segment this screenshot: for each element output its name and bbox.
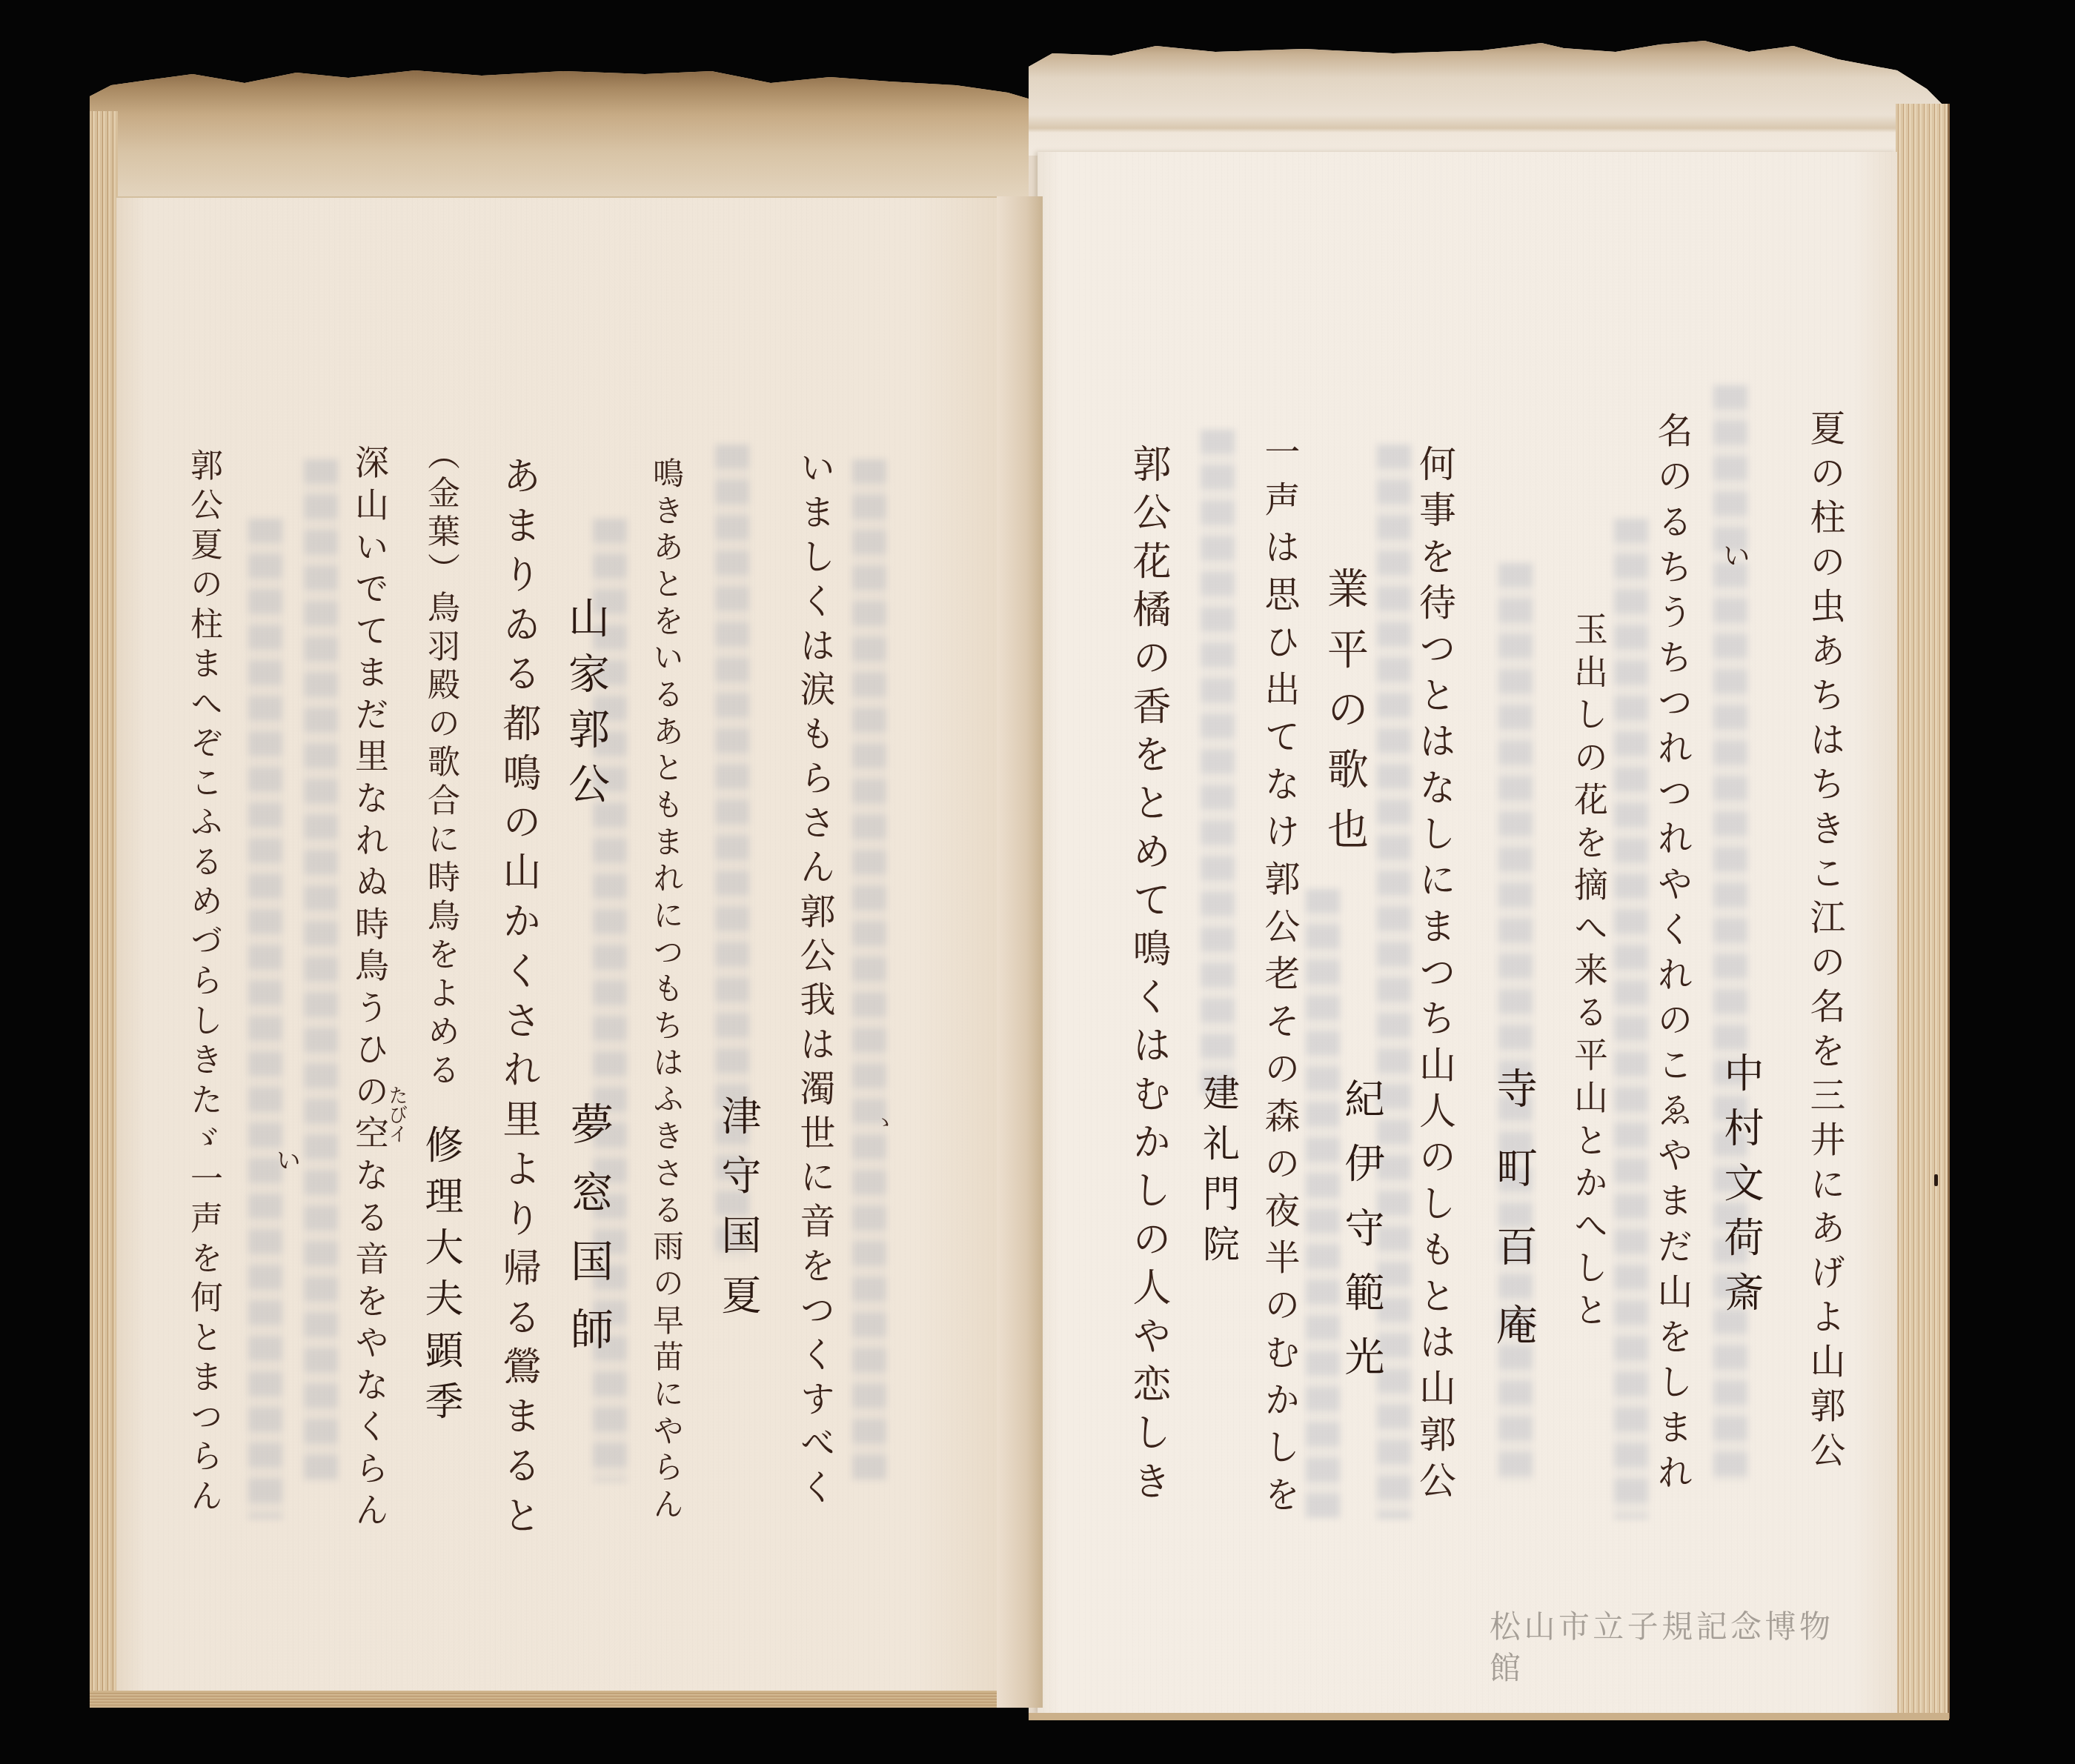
- right-page-top-band: [1029, 41, 1949, 156]
- left-page-bottom-edge: [90, 1691, 1046, 1707]
- bleed-through-ink: [304, 459, 338, 1482]
- author-name: 津守国夏: [712, 1095, 758, 1314]
- poem-column: 玉出しの花を摘へ来る平山とかへしと: [1566, 611, 1606, 1326]
- poem-column: 郭公花橘の香をとめて鳴くはむかしの人や恋しき: [1123, 444, 1167, 1500]
- poem-column: あまりゐる都鳴の山かくされ里より帰る鶯まると: [493, 456, 537, 1534]
- bleed-through-ink: [852, 459, 886, 1482]
- poem-column: 名のるちうちつれつれやくれのこゑやまだ山をしまれ: [1648, 412, 1690, 1489]
- poem-column: 夏の柱の虫あちはちきこ江の名を三井にあげよ山郭公: [1801, 410, 1842, 1467]
- left-page-top-stain: [90, 70, 1046, 207]
- poem-column: いましくは涙もらさん郭公我は濁世に音をつくすべく: [791, 449, 832, 1504]
- annotation-mark: い: [269, 1147, 299, 1176]
- bleed-through-ink: [248, 519, 282, 1519]
- annotation-mark: い: [1716, 541, 1748, 573]
- poem-column: 深山いでてまだ里なれぬ時鳥うひの空なる音をやなくらん: [347, 445, 387, 1526]
- author-name: 修理大夫顕季: [415, 1125, 459, 1419]
- poem-column: 何事を待つとはなしにまつち山人のしもとは山郭公: [1410, 445, 1453, 1498]
- annotation-mark: ゝ: [870, 1111, 894, 1135]
- author-name: 建礼門院: [1194, 1074, 1237, 1262]
- poem-column: 鳴きあとをいるあともまれにつもちはふきさる雨の早苗にやらん: [645, 457, 682, 1519]
- poem-column: 郭公夏の柱まへぞこふるめづらしきたゞ一声を何とまつらん: [181, 448, 219, 1511]
- left-page-stack: [90, 111, 118, 1704]
- section-heading: 山家郭公: [559, 596, 606, 804]
- author-name: 紀伊守範光: [1335, 1078, 1381, 1376]
- right-page-bottom-edge: [1029, 1713, 1949, 1720]
- ink-speck: [1934, 1174, 1938, 1186]
- poem-column: 一声は思ひ出てなけ郭公老その森の夜半のむかしを: [1255, 433, 1297, 1511]
- poem-preface: （金葉）鳥羽殿の歌合に時鳥をよめる: [418, 437, 456, 1085]
- book-gutter: [997, 196, 1043, 1708]
- author-name: 夢窓国師: [561, 1102, 610, 1350]
- right-page-stack: [1896, 104, 1950, 1719]
- bleed-through-ink: [1614, 519, 1648, 1519]
- author-name: 寺町百庵: [1487, 1067, 1534, 1345]
- bleed-through-ink: [1201, 430, 1235, 1096]
- museum-watermark: 松山市立子規記念博物館: [1490, 1606, 1830, 1648]
- note-column: 業平の歌也: [1318, 567, 1365, 849]
- author-name: 中村文荷斎: [1715, 1052, 1761, 1311]
